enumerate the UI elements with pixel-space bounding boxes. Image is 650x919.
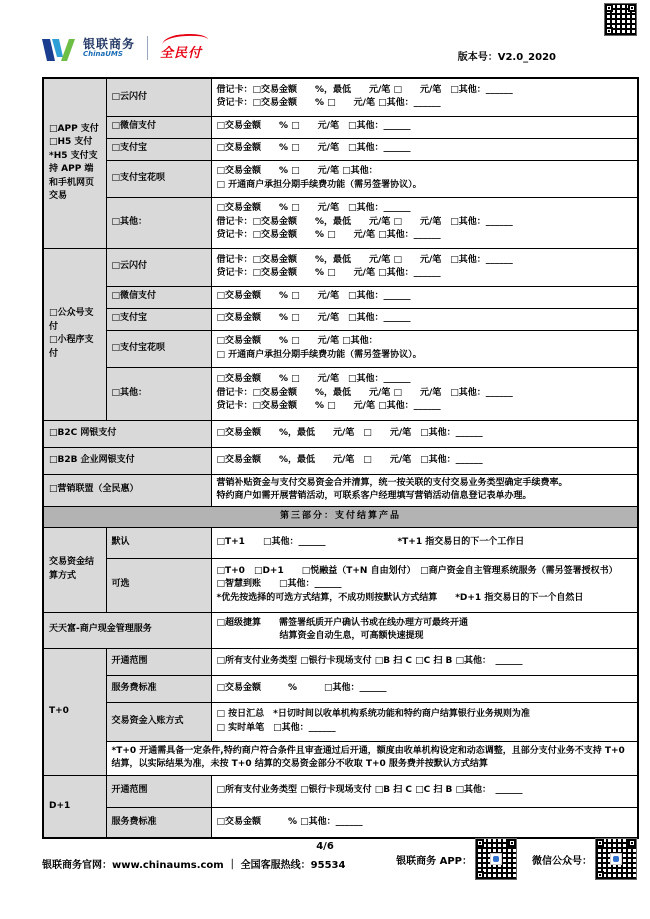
fee-cell: □交易金额 % □ 元/笔 □其他：______ [211, 286, 638, 308]
channel-yunshanfu: □云闪付 [106, 248, 211, 286]
channel-other: □其他： [106, 197, 211, 248]
fee-cell: 借记卡：□交易金额 %，最低 元/笔 □ 元/笔 □其他：______ 贷记卡：… [211, 78, 638, 116]
fee-cell: □交易金额 % □ 元/笔 □其他：______ 借记卡：□交易金额 %，最低 … [211, 367, 638, 420]
settlement-default-options: □T+1 □其他：______ *T+1 指交易日的下一个工作日 [211, 527, 638, 558]
chinaums-logo: 银联商务 ChinaUMS 全民付 [42, 34, 202, 61]
payment-form-table: □APP 支付 □H5 支付 *H5 支付支持 APP 端和手机网页交易 □云闪… [42, 77, 639, 839]
ttf-desc: □超级捷算 需签署纸质开户确认书或在线办理方可最终开通 结算资金自动生息，可高额… [211, 612, 638, 648]
version-label: 版本号：V2.0_2020 [458, 48, 556, 63]
section3-title: 第三部分：支付结算产品 [43, 506, 638, 527]
swoosh-icon [162, 32, 209, 47]
fee-cell: □交易金额 % □ 元/笔 □其他：______ [211, 116, 638, 138]
fee-cell: □交易金额 % □ 元/笔 □其他： □ 开通商户承担分期手续费功能（需另签署协… [211, 330, 638, 367]
channel-weixin: □微信支付 [106, 116, 211, 138]
fee-cell: 借记卡：□交易金额 %，最低 元/笔 □ 元/笔 □其他：______ 贷记卡：… [211, 248, 638, 286]
wechat-qr-code [596, 839, 636, 879]
fee-cell: □交易金额 % □ 元/笔 □其他：______ 借记卡：□交易金额 %，最低 … [211, 197, 638, 248]
ttf-label: 天天富-商户现金管理服务 [43, 612, 211, 648]
channel-alipay: □支付宝 [106, 138, 211, 160]
settlement-optional-options: □T+0 □D+1 □悦融益（T+N 自由划付） □商户资金自主管理系统服务（需… [211, 558, 638, 612]
page-footer: 银联商务官网：www.chinaums.com ｜ 全国客服热线：95534 银… [42, 825, 636, 883]
header-qr-code [605, 4, 636, 35]
row-b2c-label: □B2C 网银支付 [43, 420, 211, 447]
footer-contact: 银联商务官网：www.chinaums.com ｜ 全国客服热线：95534 [42, 856, 345, 871]
t0-label: T+0 [43, 648, 106, 775]
wechat-qr-label: 微信公众号： [532, 852, 592, 867]
t0-scope-options: □所有支付业务类型 □银行卡现场支付 □B 扫 C □C 扫 B □其他： __… [211, 648, 638, 675]
settlement-default-label: 默认 [106, 527, 211, 558]
d1-scope-options: □所有支付业务类型 □银行卡现场支付 □B 扫 C □C 扫 B □其他： __… [211, 775, 638, 807]
quanminfu-logo: 全民付 [160, 34, 202, 61]
quanminfu-text: 全民付 [160, 46, 202, 61]
app-qr-label: 银联商务 APP： [396, 852, 472, 867]
fee-cell: □交易金额 %，最低 元/笔 □ 元/笔 □其他：______ [211, 420, 638, 447]
t0-fee-options: □交易金额 % □其他：______ [211, 675, 638, 702]
footer-qr-group: 银联商务 APP： 微信公众号： [396, 839, 636, 879]
t0-note: *T+0 开通需具备一定条件,特约商户符合条件且审查通过后开通，额度由收单机构设… [106, 741, 638, 775]
scanned-form-page: 银联商务 ChinaUMS 全民付 版本号：V2.0_2020 □APP 支付 … [0, 0, 650, 919]
fee-cell: □交易金额 % □ 元/笔 □其他：______ [211, 308, 638, 330]
t0-scope-label: 开通范围 [106, 648, 211, 675]
group-gzh-xcx-label: □公众号支付 □小程序支付 [43, 248, 106, 420]
marketing-desc: 营销补贴资金与支付交易资金合并清算，统一按关联的支付交易业务类型确定手续费率。 … [211, 474, 638, 506]
d1-scope-label: 开通范围 [106, 775, 211, 807]
settlement-optional-label: 可选 [106, 558, 211, 612]
t0-entry-label: 交易资金入账方式 [106, 702, 211, 741]
channel-huabei: □支付宝花呗 [106, 160, 211, 197]
group-app-h5-label: □APP 支付 □H5 支付 *H5 支付支持 APP 端和手机网页交易 [43, 78, 106, 248]
chinaums-wordmark: 银联商务 ChinaUMS [83, 38, 135, 58]
channel-other: □其他： [106, 367, 211, 420]
row-marketing-label: □营销联盟（全民惠） [43, 474, 211, 506]
fee-cell: □交易金额 % □ 元/笔 □其他：______ [211, 138, 638, 160]
page-header: 银联商务 ChinaUMS 全民付 版本号：V2.0_2020 [42, 32, 608, 70]
channel-weixin: □微信支付 [106, 286, 211, 308]
brand-chinese: 银联商务 [83, 38, 135, 50]
channel-alipay: □支付宝 [106, 308, 211, 330]
channel-yunshanfu: □云闪付 [106, 78, 211, 116]
logo-divider [147, 36, 148, 60]
row-b2b-label: □B2B 企业网银支付 [43, 447, 211, 474]
t0-entry-options: □ 按日汇总 *日切时间以收单机构系统功能和特约商户结算银行业务规则为准 □ 实… [211, 702, 638, 741]
fee-cell: □交易金额 % □ 元/笔 □其他： □ 开通商户承担分期手续费功能（需另签署协… [211, 160, 638, 197]
t0-fee-label: 服务费标准 [106, 675, 211, 702]
channel-huabei: □支付宝花呗 [106, 330, 211, 367]
fee-cell: □交易金额 %，最低 元/笔 □ 元/笔 □其他：______ [211, 447, 638, 474]
settlement-label: 交易资金结算方式 [43, 527, 106, 612]
app-qr-code [476, 839, 516, 879]
chinaums-logo-mark [42, 35, 76, 61]
brand-english: ChinaUMS [83, 51, 135, 58]
